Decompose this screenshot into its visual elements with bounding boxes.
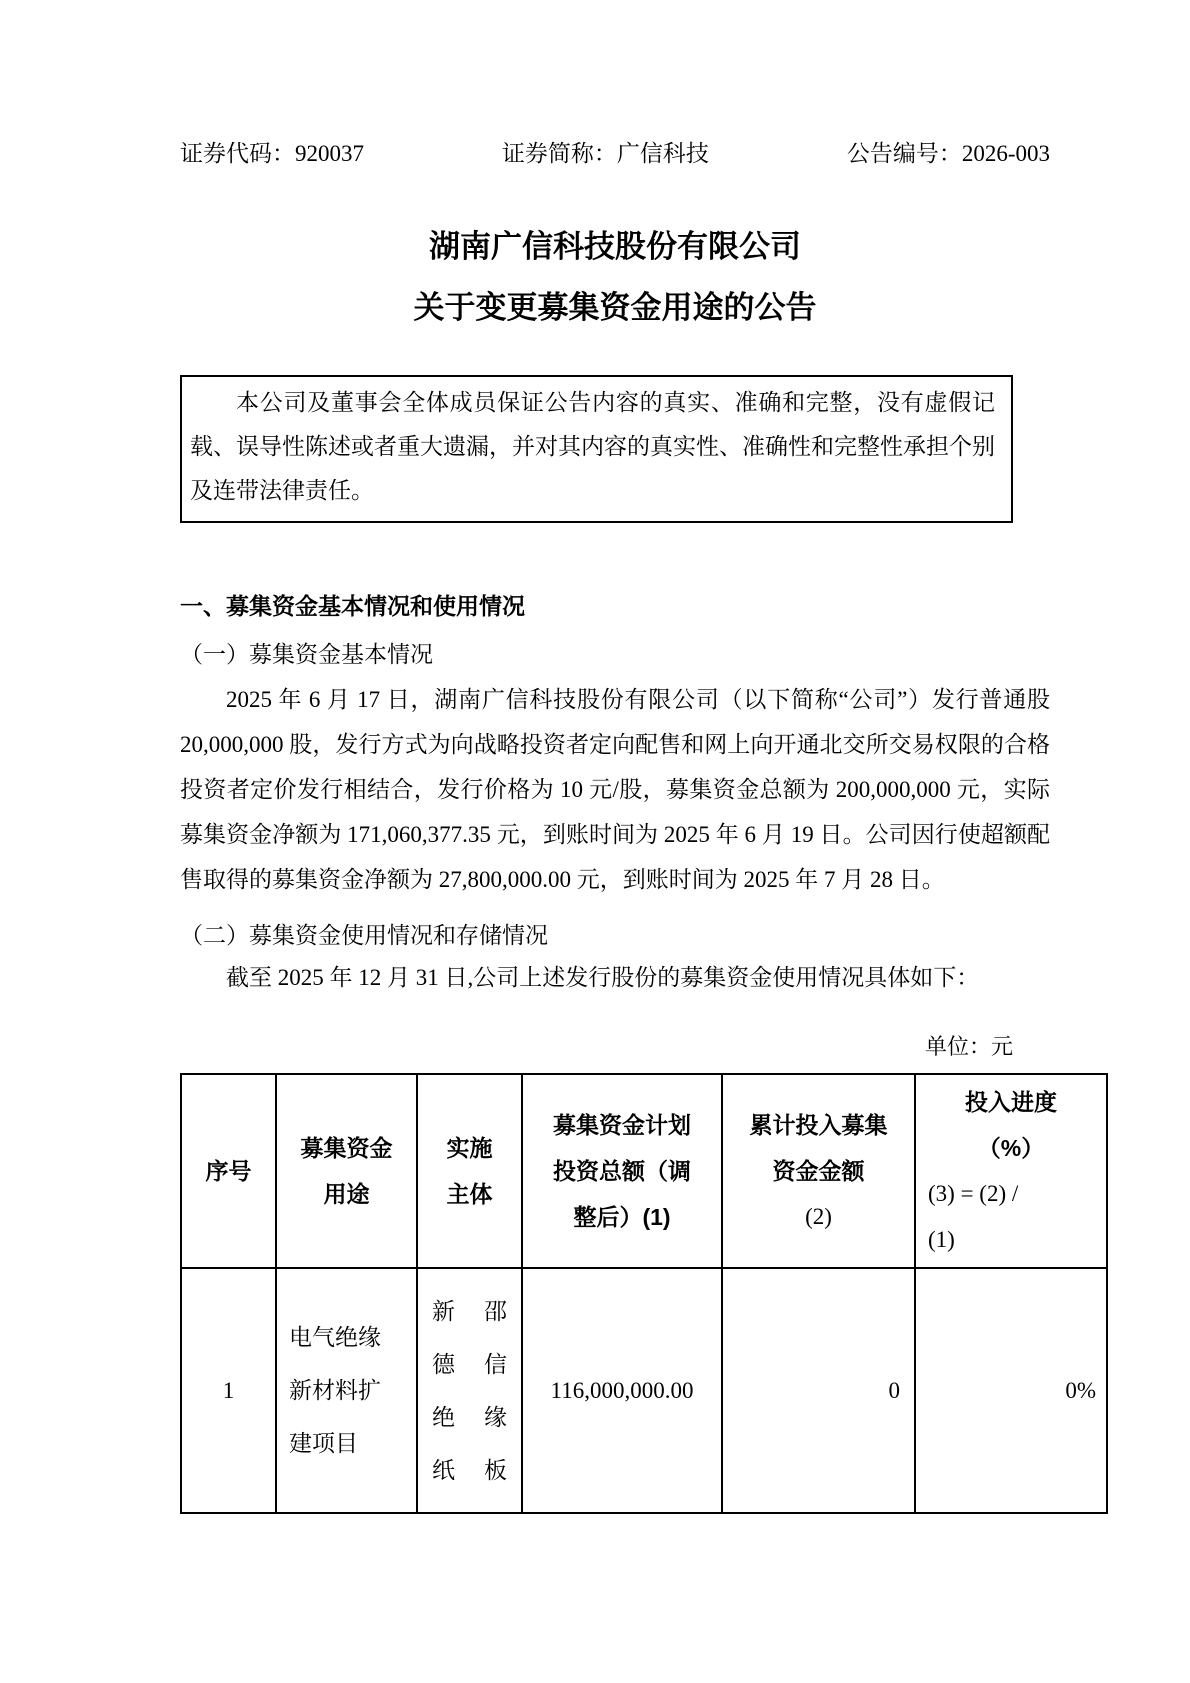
announcement-title: 关于变更募集资金用途的公告 xyxy=(180,291,1050,325)
cell-line: 116,000,000.00 xyxy=(529,1364,715,1417)
cell-line: 纸 板 xyxy=(432,1444,507,1497)
usage-intro-paragraph: 截至 2025 年 12 月 31 日,公司上述发行股份的募集资金使用情况具体如… xyxy=(180,955,1050,1000)
cell-implementing-entity: 新 邵德 信绝 缘纸 板 xyxy=(417,1268,522,1513)
announcement-number: 公告编号：2026-003 xyxy=(847,140,1050,168)
disclaimer-text: 本公司及董事会全体成员保证公告内容的真实、准确和完整，没有虚假记载、误导性陈述或… xyxy=(190,390,995,503)
subsection-1-2-heading: （二）募集资金使用情况和存储情况 xyxy=(180,921,1050,951)
doc-header: 证券代码：920037 证券简称：广信科技 公告编号：2026-003 xyxy=(180,140,1050,168)
cell-line: 1 xyxy=(188,1364,269,1417)
col-header-fund-purpose: 募集资金用途 xyxy=(276,1074,417,1268)
cell-index: 1 xyxy=(181,1268,276,1513)
document-page: 证券代码：920037 证券简称：广信科技 公告编号：2026-003 湖南广信… xyxy=(0,0,1190,1683)
cell-line: 主体 xyxy=(424,1171,515,1217)
cell-planned-investment: 116,000,000.00 xyxy=(522,1268,722,1513)
table-header-row: 序号 募集资金用途 实施主体 募集资金计划投资总额（调整后）(1) 累计投入募集… xyxy=(181,1074,1107,1268)
cell-line: 新 邵 xyxy=(432,1285,507,1338)
subsection-1-1-heading: （一）募集资金基本情况 xyxy=(180,640,1050,670)
fund-usage-table: 序号 募集资金用途 实施主体 募集资金计划投资总额（调整后）(1) 累计投入募集… xyxy=(180,1073,1108,1514)
cell-fund-purpose: 电气绝缘新材料扩建项目 xyxy=(276,1268,417,1513)
section-1-heading: 一、募集资金基本情况和使用情况 xyxy=(180,591,1050,621)
cell-line: 电气绝缘 xyxy=(289,1311,408,1364)
cell-line: (1) xyxy=(928,1217,1094,1263)
unit-label: 单位：元 xyxy=(180,1034,1013,1060)
cell-line: (3) = (2) / xyxy=(928,1171,1094,1217)
table-row: 1 电气绝缘新材料扩建项目 新 邵德 信绝 缘纸 板 116,000,000.0… xyxy=(181,1268,1107,1513)
cell-line: 募集资金计划 xyxy=(529,1102,715,1148)
col-header-planned-investment: 募集资金计划投资总额（调整后）(1) xyxy=(522,1074,722,1268)
cell-line: 建项目 xyxy=(289,1417,408,1470)
cell-line: （%） xyxy=(928,1125,1094,1171)
cell-line: 整后）(1) xyxy=(529,1194,715,1240)
cell-line: 0 xyxy=(729,1364,900,1417)
stock-short-name: 证券简称：广信科技 xyxy=(502,140,709,168)
cell-line: 投资总额（调 xyxy=(529,1148,715,1194)
cell-line: 绝 缘 xyxy=(432,1391,507,1444)
stock-code: 证券代码：920037 xyxy=(180,140,364,168)
cell-line: 资金金额 xyxy=(729,1148,908,1194)
cell-line: 0% xyxy=(922,1364,1096,1417)
cell-line: 德 信 xyxy=(432,1338,507,1391)
cell-line: 募集资金 xyxy=(283,1125,410,1171)
col-header-cumulative-invested: 累计投入募集资金金额(2) xyxy=(722,1074,915,1268)
col-header-implementing-entity: 实施主体 xyxy=(417,1074,522,1268)
cell-line: (2) xyxy=(729,1194,908,1240)
cell-line: 累计投入募集 xyxy=(729,1102,908,1148)
cell-line: 投入进度 xyxy=(928,1079,1094,1125)
cell-line: 用途 xyxy=(283,1171,410,1217)
cell-progress: 0% xyxy=(915,1268,1107,1513)
company-title: 湖南广信科技股份有限公司 xyxy=(180,230,1050,264)
cell-cumulative-invested: 0 xyxy=(722,1268,915,1513)
cell-line: 实施 xyxy=(424,1125,515,1171)
cell-line: 序号 xyxy=(188,1148,269,1194)
fundraising-paragraph: 2025 年 6 月 17 日，湖南广信科技股份有限公司（以下简称“公司”）发行… xyxy=(180,677,1050,902)
col-header-progress: 投入进度（%）(3) = (2) /(1) xyxy=(915,1074,1107,1268)
col-header-index: 序号 xyxy=(181,1074,276,1268)
disclaimer-box: 本公司及董事会全体成员保证公告内容的真实、准确和完整，没有虚假记载、误导性陈述或… xyxy=(180,375,1013,523)
cell-line: 新材料扩 xyxy=(289,1364,408,1417)
